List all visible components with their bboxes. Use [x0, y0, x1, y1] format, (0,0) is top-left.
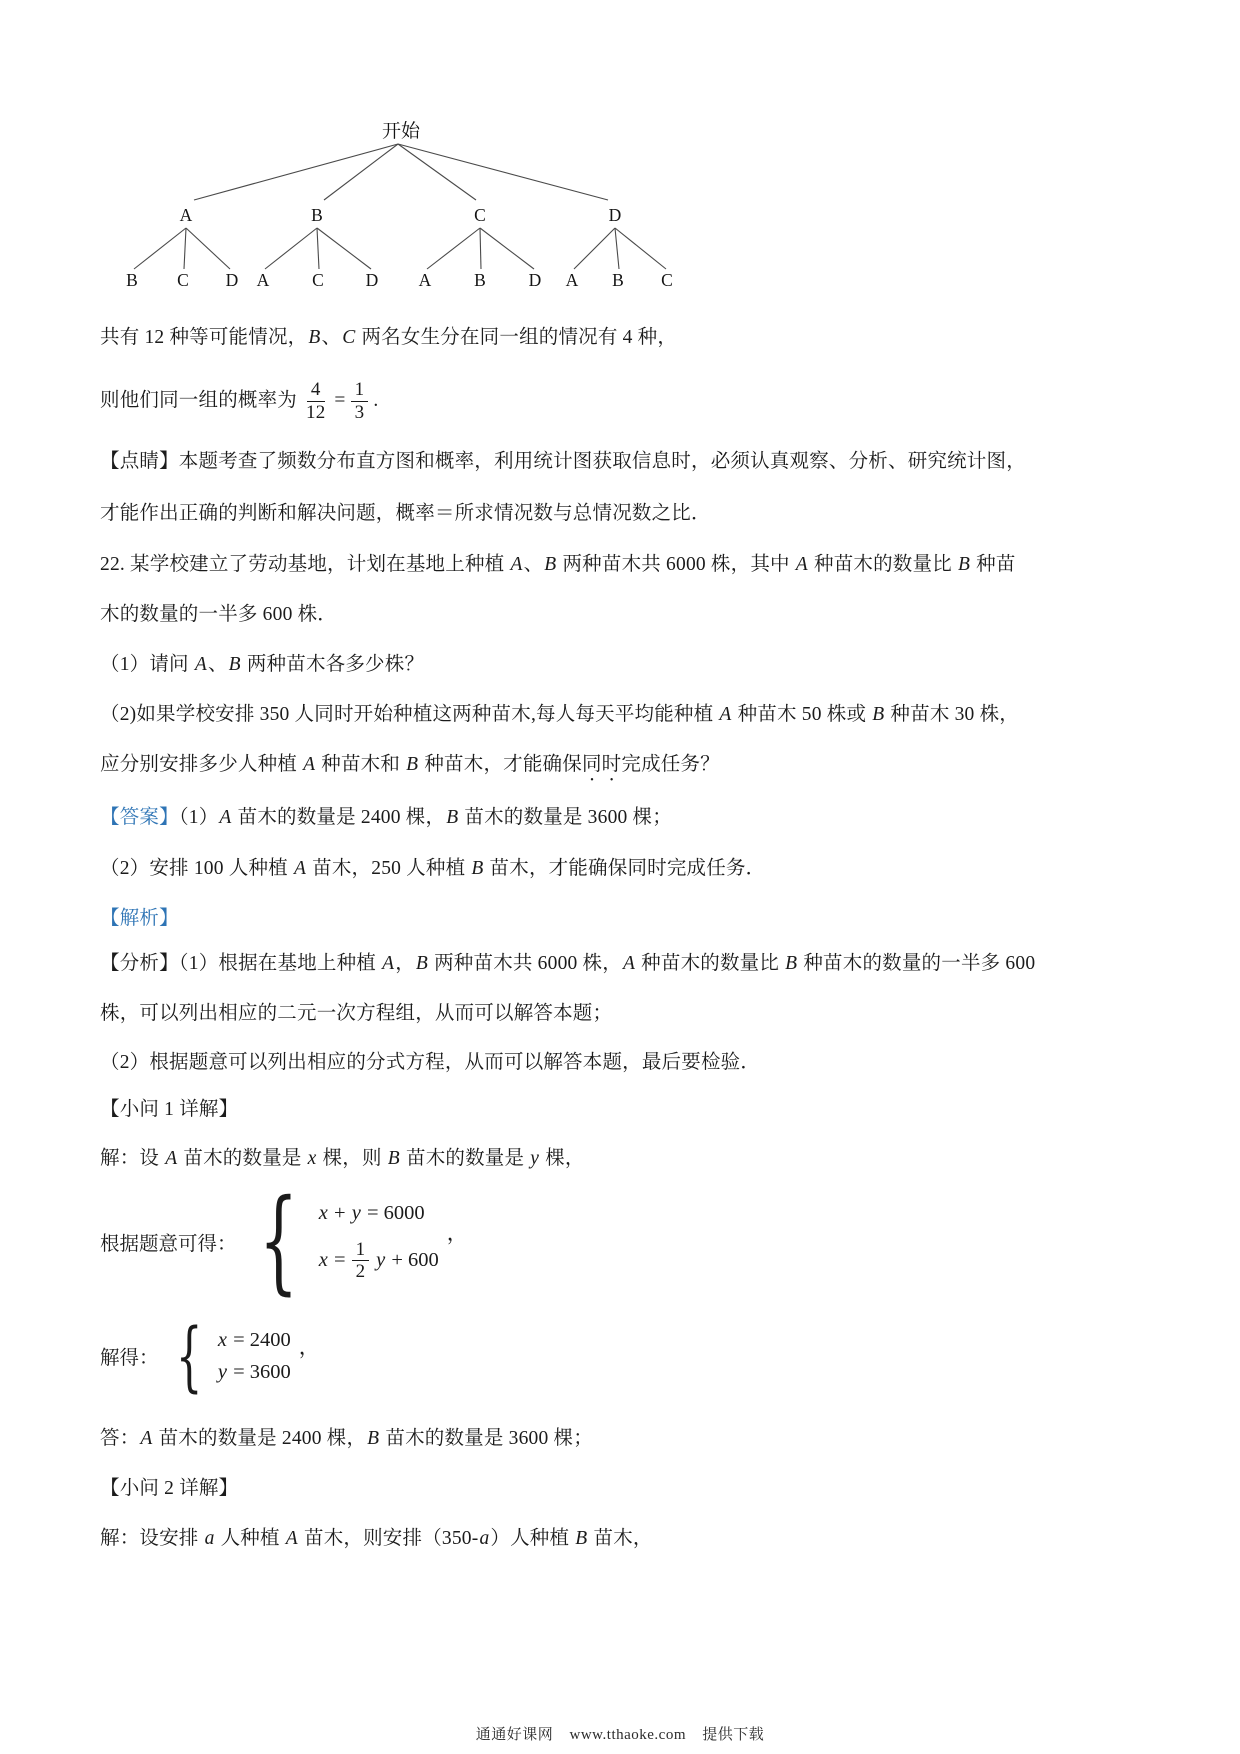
line-analysis-2: （2）根据题意可以列出相应的分式方程，从而可以解答本题，最后要检验．: [100, 1049, 1160, 1077]
tree-level1-node: B: [311, 205, 323, 225]
equation-system-1: 根据题意可得： { x + y = 6000 x = 12 y + 600 ，: [100, 1190, 1160, 1293]
equation-x-half-y: x = 12 y + 600: [318, 1239, 439, 1283]
equation-fragment: x =: [318, 1248, 346, 1273]
line-answer-1: 【答案】（1）A 苗木的数量是 2400 棵，B 苗木的数量是 3600 棵；: [100, 804, 1160, 832]
line-dianjing-note-1: 【点睛】本题考查了频数分布直方图和概率，利用统计图获取信息时，必须认真观察、分析…: [100, 448, 1160, 476]
line-question22-part2: 木的数量的一半多 600 株．: [100, 601, 1160, 629]
line-answer-statement-1: 答：A 苗木的数量是 2400 棵，B 苗木的数量是 3600 棵；: [100, 1425, 1160, 1453]
tree-level1-node: A: [180, 205, 193, 225]
line-subquestion-1: （1）请问 A、B 两种苗木各多少株？: [100, 651, 1160, 679]
trailing-comma: ，: [299, 1331, 320, 1361]
left-curly-brace: {: [175, 1322, 202, 1390]
system1-label: 根据题意可得：: [100, 1228, 237, 1256]
tree-level1-node: D: [609, 205, 622, 225]
line-probability-result: 则他们同一组的概率为 412 = 13 .: [100, 370, 1160, 432]
line-subquestion-2b: 应分别安排多少人种植 A 种苗木和 B 种苗木，才能确保同时完成任务？: [100, 751, 1160, 786]
system2-label: 解得：: [100, 1342, 159, 1370]
period: .: [373, 387, 378, 415]
line-solution2-setup: 解：设安排 a 人种植 A 苗木，则安排（350-a）人种植 B 苗木，: [100, 1525, 1160, 1553]
equation-x-plus-y: x + y = 6000: [318, 1201, 439, 1226]
probability-text: 则他们同一组的概率为: [100, 387, 297, 415]
footer-download-text: 提供下载: [702, 1727, 764, 1743]
tree-leaf-node: A: [566, 270, 579, 290]
document-page: 开始 A B C D B C D A C D A B D A B C 共有 12…: [0, 0, 1240, 1754]
line-analysis-1a: 【分析】（1）根据在基地上种植 A，B 两种苗木共 6000 株，A 种苗木的数…: [100, 950, 1160, 978]
equation-system-2: 解得： { x = 2400 y = 3600 ，: [100, 1317, 1160, 1395]
tree-leaf-node: B: [126, 270, 138, 290]
fraction-1-2: 12: [352, 1239, 370, 1283]
footer-site-name: 通通好课网: [476, 1727, 554, 1743]
left-curly-brace: {: [259, 1191, 298, 1292]
fraction-1-3: 13: [351, 379, 369, 423]
system2-equations: x = 2400 y = 3600: [217, 1328, 291, 1384]
equals-sign: =: [334, 387, 345, 415]
line-dianjing-note-2: 才能作出正确的判断和解决问题，概率＝所求情况数与总情况数之比．: [100, 500, 1160, 528]
line-jiexi-label: 【解析】: [100, 905, 1160, 933]
page-footer: 通通好课网 www.tthaoke.com 提供下载: [0, 1723, 1240, 1744]
tree-leaf-node: D: [226, 270, 239, 290]
line-subquestion-2a: （2)如果学校安排 350 人同时开始种植这两种苗木,每人每天平均能种植 A 种…: [100, 701, 1160, 729]
system1-equations: x + y = 6000 x = 12 y + 600: [318, 1201, 439, 1282]
line-solution1-setup: 解：设 A 苗木的数量是 x 棵，则 B 苗木的数量是 y 棵，: [100, 1145, 1160, 1173]
document-body: 共有 12 种等可能情况，B、C 两名女生分在同一组的情况有 4 种， 则他们同…: [100, 324, 1160, 1575]
line-detail1-header: 【小问 1 详解】: [100, 1096, 1160, 1124]
line-question22-part1: 22. 某学校建立了劳动基地，计划在基地上种植 A、B 两种苗木共 6000 株…: [100, 551, 1160, 579]
tree-root-label: 开始: [382, 120, 421, 142]
tree-diagram-svg: 开始 A B C D B C D A C D A B D A B C: [110, 100, 690, 295]
trailing-comma: ，: [447, 1217, 468, 1247]
fraction-4-12: 412: [302, 379, 329, 423]
line-answer-2: （2）安排 100 人种植 A 苗木，250 人种植 B 苗木，才能确保同时完成…: [100, 855, 1160, 883]
equation-fragment: y + 600: [375, 1248, 439, 1273]
tree-leaf-node: A: [257, 270, 270, 290]
tree-leaf-node: D: [529, 270, 542, 290]
footer-url: www.tthaoke.com: [570, 1727, 687, 1743]
tree-leaf-node: B: [612, 270, 624, 290]
equation-x-result: x = 2400: [217, 1328, 291, 1353]
tree-leaf-node: A: [419, 270, 432, 290]
tree-leaf-node: C: [661, 270, 673, 290]
tree-leaf-node: C: [312, 270, 324, 290]
tree-diagram: 开始 A B C D B C D A C D A B D A B C: [110, 100, 690, 295]
equation-y-result: y = 3600: [217, 1360, 291, 1385]
line-total-cases: 共有 12 种等可能情况，B、C 两名女生分在同一组的情况有 4 种，: [100, 324, 1160, 352]
tree-level1-node: C: [474, 205, 486, 225]
line-analysis-1b: 株，可以列出相应的二元一次方程组，从而可以解答本题；: [100, 1000, 1160, 1028]
line-detail2-header: 【小问 2 详解】: [100, 1475, 1160, 1503]
tree-leaf-node: B: [474, 270, 486, 290]
tree-leaf-node: C: [177, 270, 189, 290]
tree-leaf-node: D: [366, 270, 379, 290]
